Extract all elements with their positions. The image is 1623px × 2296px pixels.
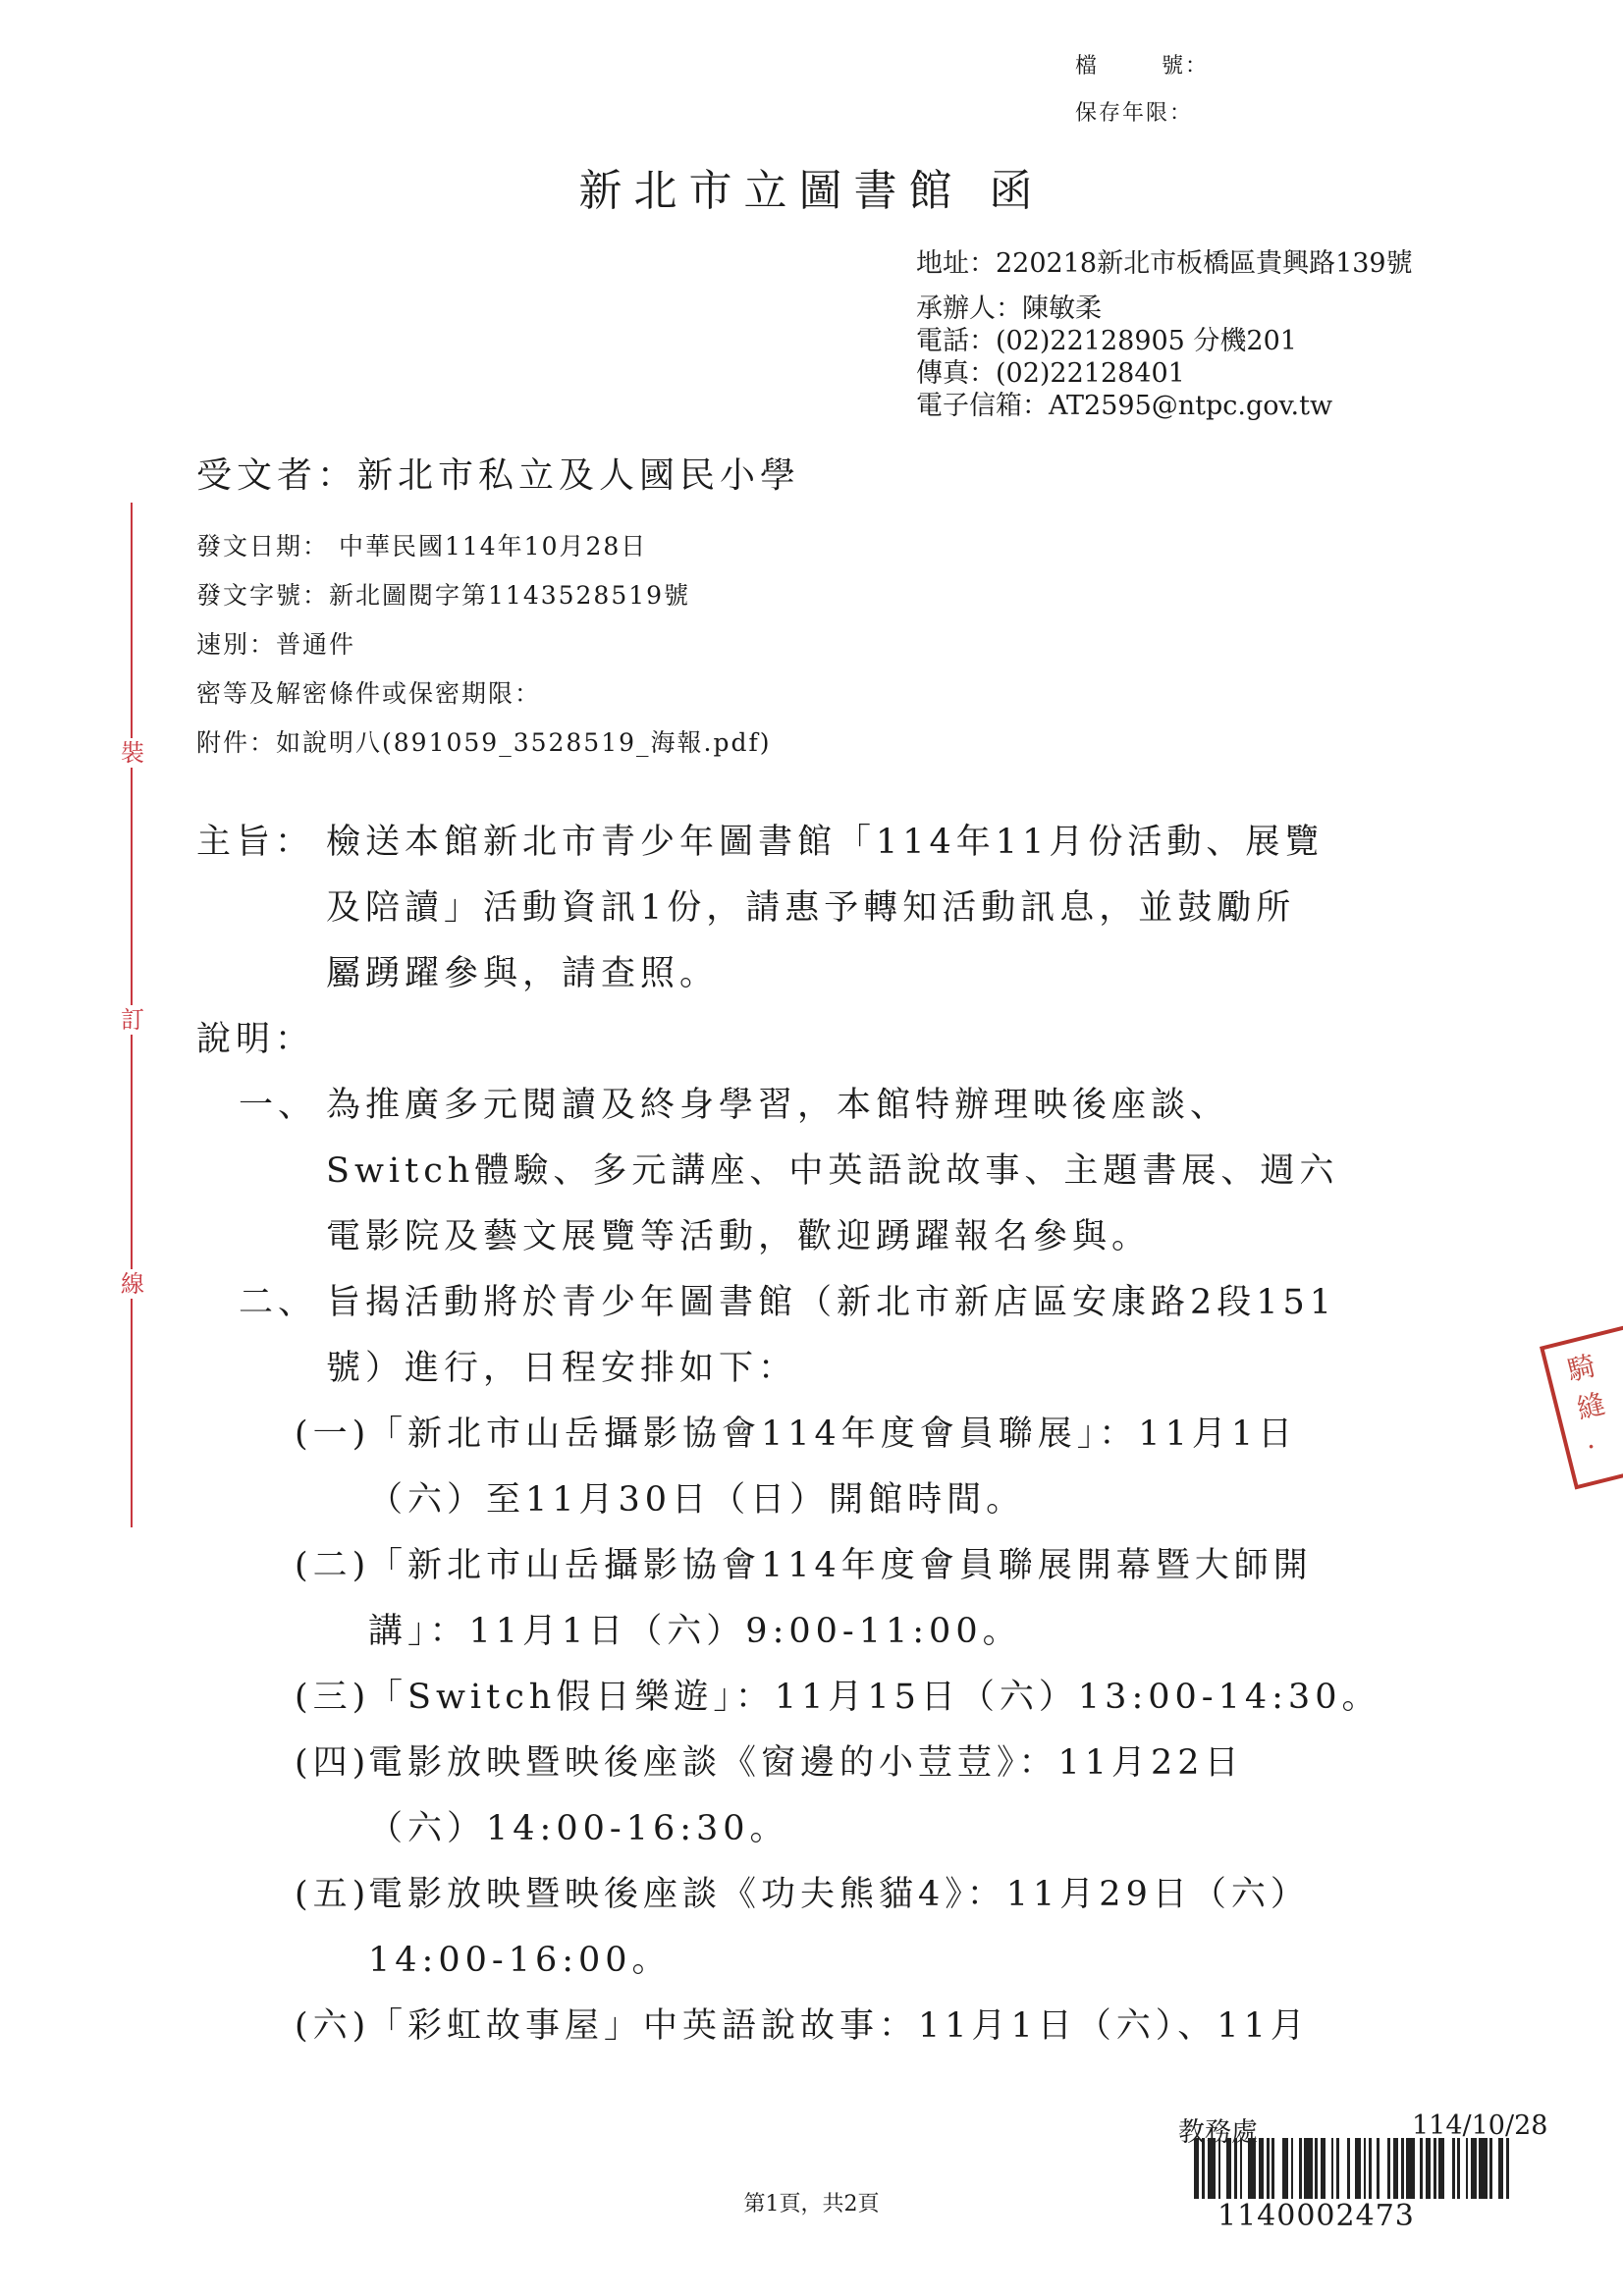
schedule-line: 講」：11月1日（六）9:00-11:00。 (368, 1604, 1022, 1653)
contact-address: 地址：220218新北市板橋區貴興路139號 (916, 247, 1413, 280)
binding-mark-ding: 訂 (116, 1005, 149, 1035)
binding-mark-xian: 線 (116, 1269, 149, 1299)
archive-number-label: 檔 (1075, 54, 1099, 79)
barcode-date: 114/10/28 (1412, 2110, 1547, 2141)
schedule-line: 電影放映暨映後座談《窗邊的小荳荳》：11月22日 (368, 1735, 1244, 1785)
seam-seal-stamp: 騎 縫 · (1540, 1320, 1623, 1489)
contact-fax: 傳真：(02)22128401 (916, 357, 1185, 390)
barcode-number: 1140002473 (1217, 2199, 1415, 2233)
schedule-line: （六）14:00-16:30。 (368, 1801, 789, 1850)
schedule-line: 「Switch假日樂遊」：11月15日（六）13:00-14:30。 (368, 1670, 1380, 1719)
item2-line: 旨揭活動將於青少年圖書館（新北市新店區安康路2段151 (326, 1275, 1336, 1324)
schedule-marker: (五) (295, 1867, 370, 1916)
schedule-line: 「新北市山岳攝影協會114年度會員聯展」：11月1日 (368, 1407, 1297, 1456)
item1-line: 電影院及藝文展覽等活動，歡迎踴躍報名參與。 (326, 1209, 1151, 1258)
retention-period-field: 保存年限： (1075, 96, 1193, 127)
subject-line: 檢送本館新北市青少年圖書館「114年11月份活動、展覽 (326, 815, 1324, 864)
binding-mark-zhuang: 裝 (116, 738, 149, 768)
item1-line: Switch體驗、多元講座、中英語說故事、主題書展、週六 (326, 1144, 1338, 1193)
schedule-marker: (一) (295, 1407, 370, 1456)
issue-date: 發文日期： 中華民國114年10月28日 (196, 527, 647, 562)
item1-line: 為推廣多元閱讀及終身學習，本館特辦理映後座談、 (326, 1078, 1229, 1127)
contact-email[interactable]: 電子信箱：AT2595@ntpc.gov.tw (916, 390, 1332, 422)
schedule-line: 14:00-16:00。 (368, 1933, 672, 1982)
document-number: 發文字號：新北圖閱字第1143528519號 (196, 576, 690, 612)
contact-phone: 電話：(02)22128905 分機201 (916, 325, 1297, 357)
recipient: 受文者：新北市私立及人國民小學 (196, 448, 800, 498)
explanation-label: 說明： (196, 1012, 314, 1061)
barcode (1194, 2138, 1512, 2199)
schedule-marker: (二) (295, 1538, 370, 1587)
priority: 速別：普通件 (196, 625, 355, 661)
schedule-marker: (三) (295, 1670, 370, 1719)
item2-line: 號）進行，日程安排如下： (326, 1341, 797, 1390)
item-marker: 二、 (239, 1275, 317, 1324)
document-title: 新北市立圖書館 函 (0, 155, 1623, 218)
archive-number-field: 檔號： (1075, 49, 1209, 80)
schedule-marker: (四) (295, 1735, 370, 1785)
attachment[interactable]: 附件：如說明八(891059_3528519_海報.pdf) (196, 723, 772, 759)
subject-line: 及陪讀」活動資訊1份，請惠予轉知活動訊息，並鼓勵所 (326, 881, 1295, 930)
archive-number-label-suffix: 號： (1162, 54, 1209, 79)
subject-line: 屬踴躍參與，請查照。 (326, 946, 719, 995)
schedule-marker: (六) (295, 1999, 370, 2048)
contact-handler: 承辦人：陳敏柔 (916, 293, 1102, 325)
schedule-line: （六）至11月30日（日）開館時間。 (368, 1472, 1025, 1522)
subject-label: 主旨： (196, 815, 314, 864)
schedule-line: 「彩虹故事屋」中英語說故事：11月1日（六）、11月 (368, 1999, 1310, 2048)
schedule-line: 「新北市山岳攝影協會114年度會員聯展開幕暨大師開 (368, 1538, 1313, 1587)
schedule-line: 電影放映暨映後座談《功夫熊貓4》：11月29日（六） (368, 1867, 1310, 1916)
classification: 密等及解密條件或保密期限： (196, 674, 541, 710)
item-marker: 一、 (239, 1078, 317, 1127)
